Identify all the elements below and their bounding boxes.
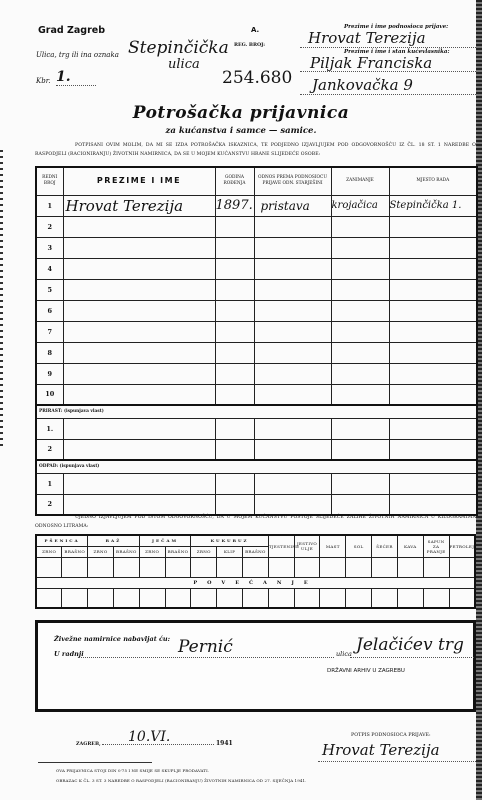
stock-cell[interactable] <box>113 588 139 608</box>
person-name[interactable] <box>63 258 215 279</box>
person-birth-year[interactable] <box>215 342 254 363</box>
place-label: ZAGREB, <box>76 741 101 747</box>
stock-cell[interactable] <box>165 588 191 608</box>
row-number: 10 <box>36 384 63 405</box>
table-row: 10 <box>36 384 477 405</box>
person-birth-year[interactable] <box>215 237 254 258</box>
person-relation[interactable] <box>254 473 331 494</box>
stock-cell[interactable] <box>217 588 243 608</box>
stock-cell[interactable] <box>191 557 217 577</box>
person-workplace[interactable] <box>389 279 477 300</box>
person-birth-year[interactable] <box>215 418 254 439</box>
stock-cell[interactable] <box>449 588 475 608</box>
col-sol: SOL <box>346 535 372 557</box>
odpad-label: ODPAD: (ispunjava vlast) <box>36 460 477 473</box>
person-workplace[interactable] <box>389 418 477 439</box>
person-occupation[interactable] <box>331 418 389 439</box>
person-workplace[interactable] <box>389 342 477 363</box>
reg-number-label: REG. BROJ: <box>234 42 265 48</box>
person-name[interactable] <box>63 216 215 237</box>
person-relation[interactable] <box>254 216 331 237</box>
person-workplace[interactable] <box>389 216 477 237</box>
sub-brasno: BRAŠNO <box>165 546 191 557</box>
stock-cell[interactable] <box>372 557 398 577</box>
odpad-section-header: ODPAD: (ispunjava vlast) <box>36 460 477 473</box>
person-workplace[interactable] <box>389 473 477 494</box>
stock-cell[interactable] <box>423 557 449 577</box>
person-occupation[interactable] <box>331 258 389 279</box>
house-number-label: Kbr. <box>36 77 51 85</box>
stock-cell[interactable] <box>191 588 217 608</box>
stock-group-header: PŠENICA RAŽ JEČAM KUKURUZ TJESTENINE JES… <box>36 535 475 546</box>
table-row: 1. <box>36 418 477 439</box>
row-number: 2 <box>36 216 63 237</box>
stock-cell[interactable] <box>88 588 114 608</box>
scanned-form-page: Grad Zagreb Ulica, trg ili ina oznaka St… <box>0 0 482 800</box>
col-header-occupation: ZANIMANJE <box>331 167 389 195</box>
col-header-birth-year: GODINA ROĐENJA <box>215 167 254 195</box>
person-birth-year[interactable] <box>215 216 254 237</box>
col-secer: ŠEĆER <box>372 535 398 557</box>
person-relation[interactable] <box>254 279 331 300</box>
group-psenica: PŠENICA <box>36 535 88 546</box>
person-relation[interactable] <box>254 258 331 279</box>
form-subtitle: za kućanstva i samce — samice. <box>0 126 482 136</box>
section-letter: A. <box>251 26 259 34</box>
person-birth-year[interactable] <box>215 473 254 494</box>
street-value-line1: Stepinčička <box>128 38 229 58</box>
row-number: 1 <box>36 473 63 494</box>
person-occupation[interactable] <box>331 363 389 384</box>
stock-cell[interactable] <box>113 557 139 577</box>
group-kukuruz: KUKURUZ <box>191 535 268 546</box>
table-row: 7 <box>36 321 477 342</box>
person-birth-year[interactable] <box>215 363 254 384</box>
stock-table: PŠENICA RAŽ JEČAM KUKURUZ TJESTENINE JES… <box>35 534 476 609</box>
stock-cell[interactable] <box>346 557 372 577</box>
person-birth-year[interactable] <box>215 321 254 342</box>
person-name[interactable] <box>63 418 215 439</box>
intro-declaration: POTPISANI OVIM MOLIM, DA MI SE IZDA POTR… <box>35 141 476 159</box>
stock-cell[interactable] <box>268 557 294 577</box>
stock-cell[interactable] <box>294 588 320 608</box>
increase-row-header: POVEĆANJE <box>36 577 475 588</box>
regulation-note: OBRAZAC K ČL. 3 ST. 3 NAREDBE O RASPODJE… <box>56 778 307 783</box>
row-number: 1. <box>36 418 63 439</box>
table-row: 2 <box>36 216 477 237</box>
year-value: 1941 <box>216 740 233 747</box>
persons-table-header: REDNI BROJ PREZIME I IME GODINA ROĐENJA … <box>36 167 477 195</box>
stock-cell[interactable] <box>268 588 294 608</box>
sub-brasno: BRAŠNO <box>113 546 139 557</box>
person-workplace[interactable] <box>389 384 477 405</box>
table-row: 1 Hrovat Terezija 1897. pristava krojači… <box>36 195 477 216</box>
person-workplace[interactable] <box>389 363 477 384</box>
col-header-name: PREZIME I IME <box>63 167 215 195</box>
table-row: 6 <box>36 300 477 321</box>
row-number: 3 <box>36 237 63 258</box>
person-name[interactable] <box>63 342 215 363</box>
person-birth-year[interactable] <box>215 439 254 460</box>
table-row: 9 <box>36 363 477 384</box>
person-birth-year[interactable] <box>215 279 254 300</box>
person-name[interactable] <box>63 473 215 494</box>
stock-cell[interactable] <box>36 588 62 608</box>
col-kava: KAVA <box>397 535 423 557</box>
col-header-workplace: MJESTO RADA <box>389 167 477 195</box>
table-row: 5 <box>36 279 477 300</box>
person-relation[interactable] <box>254 439 331 460</box>
stock-cell[interactable] <box>165 557 191 577</box>
col-jestivo-ulje: JESTIVO ULJE <box>294 535 320 557</box>
stock-cell[interactable] <box>139 557 165 577</box>
applicant-value: Hrovat Terezija <box>300 29 476 48</box>
person-workplace[interactable] <box>389 237 477 258</box>
row-number: 2 <box>36 439 63 460</box>
form-title: Potrošačka prijavnica <box>0 103 482 123</box>
shop-street-value[interactable]: Jelačićev trg <box>350 635 474 658</box>
person-occupation[interactable]: krojačica <box>331 195 389 216</box>
signature-label: POTPIS PODNOSIOCA PRIJAVE: <box>351 733 431 738</box>
prirast-section-header: PRIRAST: (ispunjava vlast) <box>36 405 477 418</box>
row-number: 1 <box>36 195 63 216</box>
signature-value[interactable]: Hrovat Terezija <box>318 741 476 762</box>
person-relation[interactable] <box>254 418 331 439</box>
stock-cell[interactable] <box>243 557 269 577</box>
group-raz: RAŽ <box>88 535 140 546</box>
stock-values-row <box>36 557 475 577</box>
person-name[interactable] <box>63 237 215 258</box>
col-header-no: REDNI BROJ <box>36 167 63 195</box>
col-tjestenine: TJESTENINE <box>268 535 294 557</box>
price-note: OVA PRIJAVNICA STOJI DIN 0'75 I NE SMIJE… <box>56 768 209 773</box>
person-name[interactable] <box>63 384 215 405</box>
stock-cell[interactable] <box>243 588 269 608</box>
person-birth-year[interactable] <box>215 494 254 515</box>
table-row: 2 <box>36 439 477 460</box>
person-birth-year[interactable]: 1897. <box>215 195 254 216</box>
stock-cell[interactable] <box>294 557 320 577</box>
shop-value[interactable]: Pernić <box>78 637 334 658</box>
supply-box: Živežne namirnice nabavljat ću: U radnji… <box>35 620 476 712</box>
person-occupation[interactable] <box>331 279 389 300</box>
row-number: 5 <box>36 279 63 300</box>
footer-divider <box>38 762 152 763</box>
row-number: 7 <box>36 321 63 342</box>
stock-cell[interactable] <box>36 557 62 577</box>
col-petrolej: PETROLEJ <box>449 535 475 557</box>
person-workplace[interactable]: Stepinčička 1. <box>389 195 477 216</box>
stock-cell[interactable] <box>217 557 243 577</box>
person-name[interactable] <box>63 494 215 515</box>
landlord-address: Jankovačka 9 <box>300 76 476 95</box>
house-number-value: 1. <box>56 69 96 86</box>
person-name[interactable]: Hrovat Terezija <box>63 195 215 216</box>
stock-cell[interactable] <box>62 588 88 608</box>
stock-cell[interactable] <box>372 588 398 608</box>
table-row: 2 <box>36 494 477 515</box>
sub-zrno: ZRNO <box>191 546 217 557</box>
date-value[interactable]: 10.VI. <box>102 729 214 745</box>
sub-brasno: BRAŠNO <box>62 546 88 557</box>
stock-cell[interactable] <box>423 588 449 608</box>
person-occupation[interactable] <box>331 342 389 363</box>
sub-klip: KLIP <box>217 546 243 557</box>
person-name[interactable] <box>63 321 215 342</box>
stock-cell[interactable] <box>346 588 372 608</box>
person-birth-year[interactable] <box>215 258 254 279</box>
person-occupation[interactable] <box>331 237 389 258</box>
sub-zrno: ZRNO <box>88 546 114 557</box>
person-relation[interactable] <box>254 300 331 321</box>
person-occupation[interactable] <box>331 321 389 342</box>
stock-cell[interactable] <box>62 557 88 577</box>
person-name[interactable] <box>63 279 215 300</box>
person-relation[interactable] <box>254 384 331 405</box>
person-name[interactable] <box>63 300 215 321</box>
person-occupation[interactable] <box>331 384 389 405</box>
person-workplace[interactable] <box>389 439 477 460</box>
persons-table: REDNI BROJ PREZIME I IME GODINA ROĐENJA … <box>35 166 478 516</box>
person-occupation[interactable] <box>331 473 389 494</box>
reg-number-value: 254.680 <box>222 68 292 88</box>
col-sapun: SAPUN ZA PRANJE <box>423 535 449 557</box>
person-workplace[interactable] <box>389 300 477 321</box>
table-row: 1 <box>36 473 477 494</box>
street-label: Ulica, trg ili ina oznaka <box>36 51 119 59</box>
col-header-relation: ODNOS PREMA PODNOSIOCU PRIJAVE ODN. STAR… <box>254 167 331 195</box>
stock-declaration: UJEDNO IZJAVLJUJEM POD ISTOM ODGOVORNOŠĆ… <box>35 513 476 531</box>
increase-values-row <box>36 588 475 608</box>
person-relation[interactable] <box>254 363 331 384</box>
sub-brasno: BRAŠNO <box>243 546 269 557</box>
stock-cell[interactable] <box>397 588 423 608</box>
stock-cell[interactable] <box>88 557 114 577</box>
stock-cell[interactable] <box>320 588 346 608</box>
row-number: 9 <box>36 363 63 384</box>
row-number: 8 <box>36 342 63 363</box>
person-occupation[interactable] <box>331 439 389 460</box>
table-row: 3 <box>36 237 477 258</box>
person-occupation[interactable] <box>331 494 389 515</box>
sub-zrno: ZRNO <box>36 546 62 557</box>
col-mast: MAST <box>320 535 346 557</box>
landlord-name: Piljak Franciska <box>300 54 476 72</box>
stock-cell[interactable] <box>139 588 165 608</box>
increase-label: POVEĆANJE <box>36 577 475 588</box>
archive-stamp: DRŽAVNI ARHIV U ZAGREBU <box>327 668 405 674</box>
sub-zrno: ZRNO <box>139 546 165 557</box>
prirast-label: PRIRAST: (ispunjava vlast) <box>36 405 477 418</box>
person-birth-year[interactable] <box>215 300 254 321</box>
city-name: Grad Zagreb <box>38 25 105 36</box>
table-row: 8 <box>36 342 477 363</box>
person-relation[interactable] <box>254 237 331 258</box>
person-workplace[interactable] <box>389 321 477 342</box>
stock-cell[interactable] <box>320 557 346 577</box>
row-number: 2 <box>36 494 63 515</box>
stock-cell[interactable] <box>397 557 423 577</box>
row-number: 4 <box>36 258 63 279</box>
person-relation[interactable] <box>254 321 331 342</box>
person-workplace[interactable] <box>389 494 477 515</box>
person-workplace[interactable] <box>389 258 477 279</box>
scan-edge-left <box>0 150 3 450</box>
table-row: 4 <box>36 258 477 279</box>
group-jecam: JEČAM <box>139 535 191 546</box>
person-relation[interactable] <box>254 342 331 363</box>
person-occupation[interactable] <box>331 216 389 237</box>
person-relation[interactable]: pristava <box>254 195 331 216</box>
person-birth-year[interactable] <box>215 384 254 405</box>
stock-cell[interactable] <box>449 557 475 577</box>
person-name[interactable] <box>63 363 215 384</box>
row-number: 6 <box>36 300 63 321</box>
street-value-line2: ulica <box>168 57 200 72</box>
person-occupation[interactable] <box>331 300 389 321</box>
person-relation[interactable] <box>254 494 331 515</box>
person-name[interactable] <box>63 439 215 460</box>
